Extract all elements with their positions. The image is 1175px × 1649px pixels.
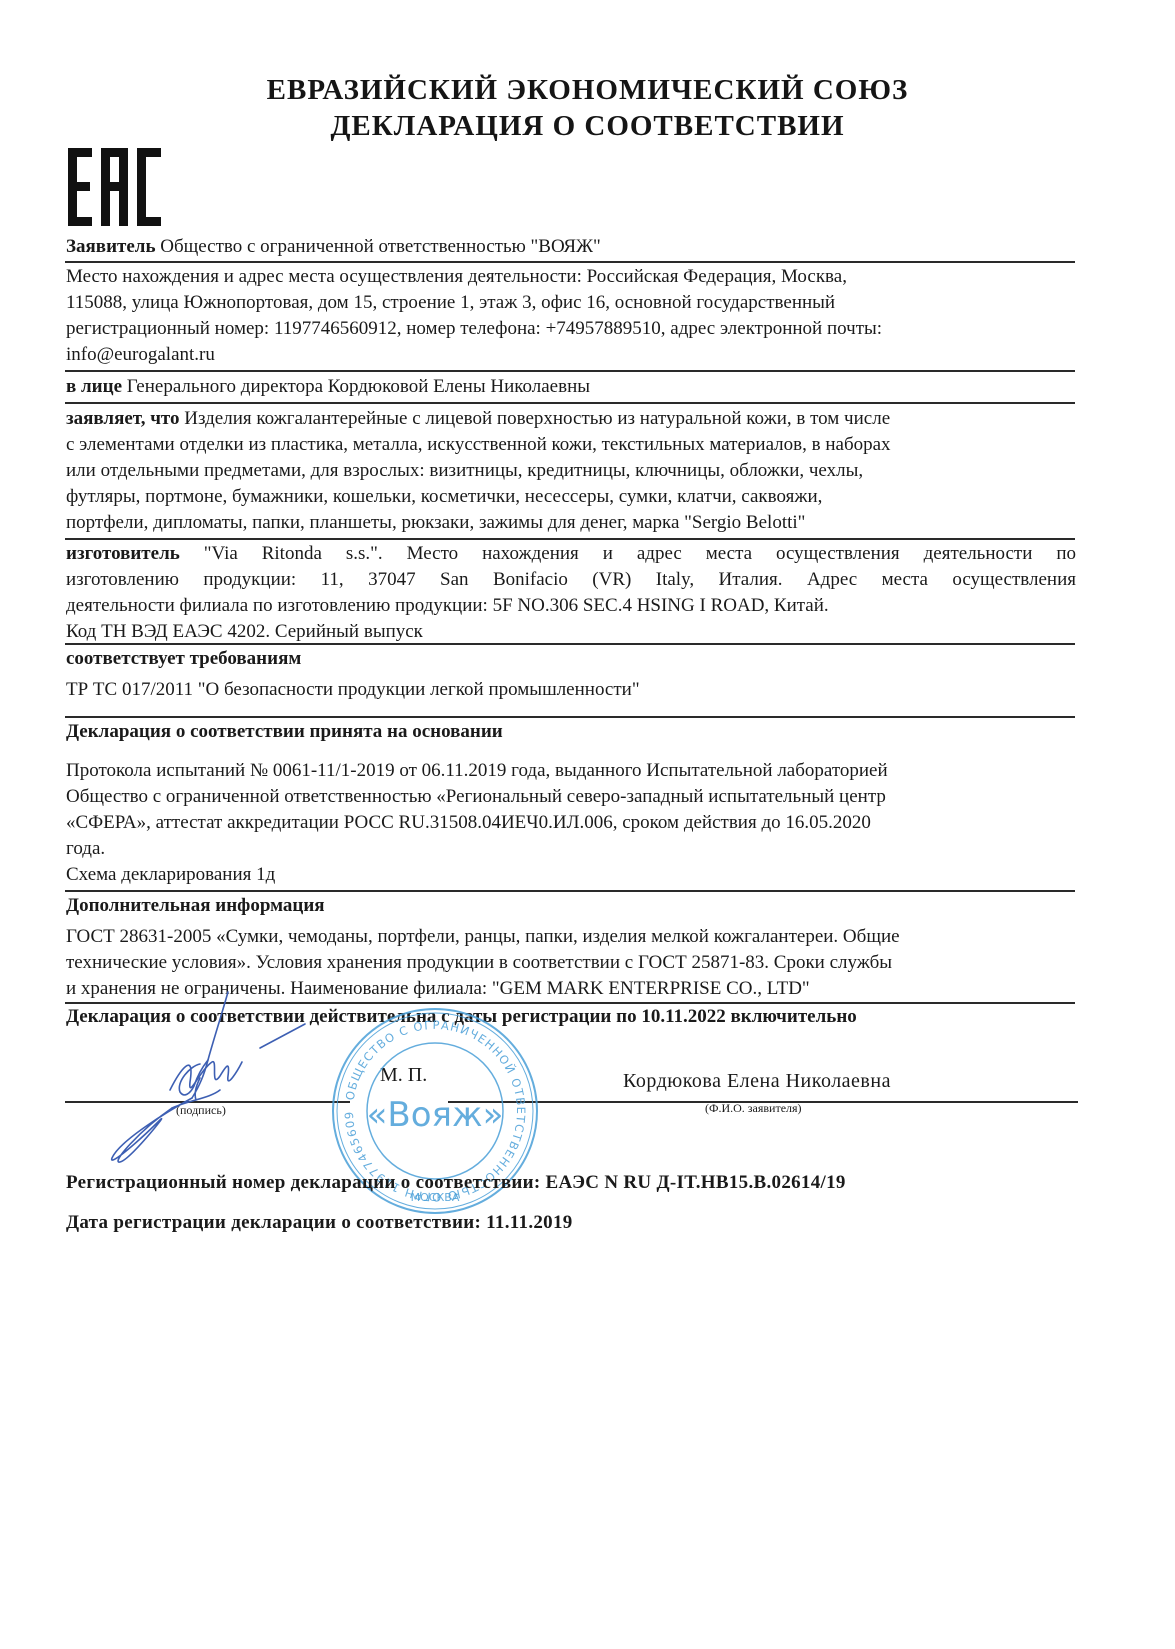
declares-line: портфели, дипломаты, папки, планшеты, рю… [66,510,1076,536]
manufacturer-text: "Via Ritonda s.s.". Место нахождения и а… [204,543,1076,564]
divider [65,261,1075,263]
declares-line: с элементами отделки из пластика, металл… [66,432,1076,458]
handwritten-signature-icon [100,990,340,1165]
basis-line: «СФЕРА», аттестат аккредитации РОСС RU.3… [66,810,1076,836]
declares-text: Изделия кожгалантерейные с лицевой повер… [184,408,890,429]
applicant-label: Заявитель [66,236,156,257]
document-title: ДЕКЛАРАЦИЯ О СООТВЕТСТВИИ [0,110,1175,143]
applicant-row: Заявитель Общество с ограниченной ответс… [66,234,1076,260]
manufacturer-line: изготовлению продукции: 11, 37047 San Bo… [66,567,1076,593]
represented-by-label: в лице [66,376,122,397]
stamp-center-text: «Вояж» [367,1095,504,1135]
address-email: info@eurogalant.ru [66,342,1076,368]
basis-block: Протокола испытаний № 0061-11/1-2019 от … [66,758,1076,888]
manufacturer-first-line: изготовитель "Via Ritonda s.s.". Место н… [66,541,1076,567]
complies-value: ТР ТС 017/2011 "О безопасности продукции… [66,677,1076,703]
declares-line: футляры, портмоне, бумажники, кошельки, … [66,484,1076,510]
basis-label: Декларация о соответствии принята на осн… [66,721,503,742]
additional-heading: Дополнительная информация [66,893,1076,919]
hs-code-line: Код ТН ВЭД ЕАЭС 4202. Серийный выпуск [66,619,1076,645]
represented-by-value: Генерального директора Кордюковой Елены … [127,376,590,397]
declares-first-line: заявляет, что Изделия кожгалантерейные с… [66,406,1076,432]
basis-line: Общество с ограниченной ответственностью… [66,784,1076,810]
declaration-page: ЕВРАЗИЙСКИЙ ЭКОНОМИЧЕСКИЙ СОЮЗ ДЕКЛАРАЦИ… [0,0,1175,1649]
complies-label: соответствует требованиям [66,646,1076,672]
declares-label: заявляет, что [66,408,180,429]
registration-number: Регистрационный номер декларации о соотв… [66,1172,846,1194]
address-line: Место нахождения и адрес места осуществл… [66,264,1076,290]
union-title: ЕВРАЗИЙСКИЙ ЭКОНОМИЧЕСКИЙ СОЮЗ [0,74,1175,107]
additional-label: Дополнительная информация [66,895,325,916]
declaration-scheme: Схема декларирования 1д [66,862,1076,888]
divider [65,538,1075,540]
declares-line: или отдельными предметами, для взрослых:… [66,458,1076,484]
divider [65,402,1075,404]
address-line: 115088, улица Южнопортовая, дом 15, стро… [66,290,1076,316]
address-line: регистрационный номер: 1197746560912, но… [66,316,1076,342]
manufacturer-label: изготовитель [66,543,180,564]
declares-block: заявляет, что Изделия кожгалантерейные с… [66,406,1076,536]
divider [65,370,1075,372]
registration-date: Дата регистрации декларации о соответств… [66,1212,573,1234]
represented-by-row: в лице Генерального директора Кордюковой… [66,374,1076,400]
divider [65,890,1075,892]
basis-line: Протокола испытаний № 0061-11/1-2019 от … [66,758,1076,784]
eac-logo-icon [68,148,163,226]
divider [65,643,1075,645]
manufacturer-line: деятельности филиала по изготовлению про… [66,593,1076,619]
applicant-value: Общество с ограниченной ответственностью… [160,236,601,257]
signer-caption: (Ф.И.О. заявителя) [705,1101,802,1116]
manufacturer-block: изготовитель "Via Ritonda s.s.". Место н… [66,541,1076,645]
basis-heading: Декларация о соответствии принята на осн… [66,719,1076,745]
additional-line: ГОСТ 28631-2005 «Сумки, чемоданы, портфе… [66,924,1076,950]
address-block: Место нахождения и адрес места осуществл… [66,264,1076,368]
additional-line: технические условия». Условия хранения п… [66,950,1076,976]
divider [65,716,1075,718]
basis-line: года. [66,836,1076,862]
complies-heading: соответствует требованиям [66,648,301,669]
signer-name: Кордюкова Елена Николаевна [623,1070,891,1093]
